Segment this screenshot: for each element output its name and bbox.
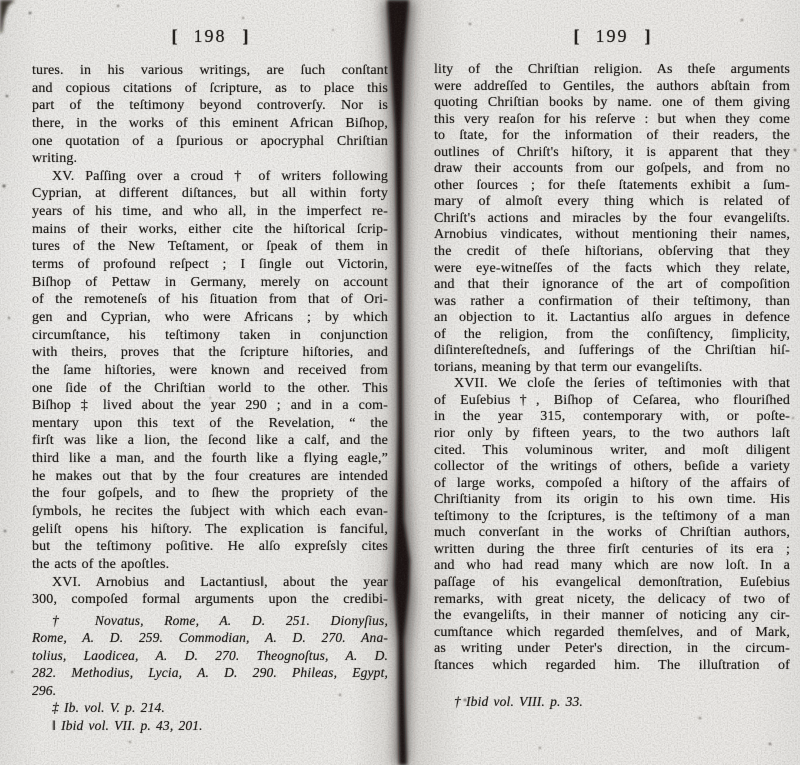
footnotes: † Ibid vol. VIII. p. 33.	[434, 693, 790, 711]
text-line: tolius, Laodicea, A. D. 270. Theognoſtus…	[32, 647, 388, 665]
text-line: Chriſt's actions and miracles by the fou…	[434, 211, 790, 228]
text-line: XVI. Arnobius and Lactantius‖, about the…	[32, 574, 388, 592]
text-line: quoting Chriſtian books by name. one of …	[434, 95, 790, 112]
text-line: rior only by fifteen years, to the two a…	[434, 426, 790, 443]
text-line: 296.	[32, 682, 388, 700]
text-line: with theirs, proves that the ſcripture h…	[32, 344, 388, 362]
page-199: [199] lity of the Chriſtian religion. As…	[434, 0, 790, 711]
text-line: cumſtance which regarded themſelves, and…	[434, 625, 790, 642]
text-line: gen and Cyprian, who were Africans ; by …	[32, 309, 388, 327]
bracket-open: [	[172, 26, 178, 46]
page-header: [199]	[434, 26, 790, 50]
text-line: and copious citations of ſcripture, as t…	[32, 80, 388, 98]
text-line: this very reaſon for his reſerve : but w…	[434, 112, 790, 129]
text-line: the acts of the apoſtles.	[32, 556, 388, 574]
text-line: of large works, compoſed a hiſtory of th…	[434, 476, 790, 493]
text-line: Cyprian, at different diſtances, but all…	[32, 185, 388, 203]
page-body: tures. in his various writings, are ſuch…	[32, 62, 388, 609]
page-198: [198] tures. in his various writings, ar…	[32, 0, 388, 734]
text-line: lity of the Chriſtian religion. As theſe…	[434, 62, 790, 79]
text-line: terms of profound reſpect ; I ſingle out…	[32, 256, 388, 274]
text-line: Rome, A. D. 259. Commodian, A. D. 270. A…	[32, 629, 388, 647]
page-number: 198	[194, 26, 227, 46]
text-line: written during the three firſt centuries…	[434, 542, 790, 559]
text-line: teſtimony to the ſcriptures, is the teſt…	[434, 509, 790, 526]
text-line: as writing under Peter's direction, in t…	[434, 641, 790, 658]
gutter-core	[387, 0, 410, 765]
text-line: one quotation of a ſpurious or apocrypha…	[32, 133, 388, 151]
text-line: and that their ignorance of the art of c…	[434, 277, 790, 294]
text-line: collector of the writings of others, beſ…	[434, 459, 790, 476]
bracket-close: ]	[645, 26, 651, 46]
text-line: draw their accounts from our goſpels, an…	[434, 161, 790, 178]
text-line: much converſant in the works of Chriſtia…	[434, 525, 790, 542]
text-line: torians, meaning by that term our evange…	[434, 360, 790, 377]
bracket-close: ]	[243, 26, 249, 46]
page-number: 199	[596, 26, 629, 46]
text-line: Biſhop ‡ lived about the year 290 ; and …	[32, 397, 388, 415]
text-line: was rather a confirmation of their teſti…	[434, 294, 790, 311]
text-line: 282. Methodius, Lycia, A. D. 290. Philea…	[32, 664, 388, 682]
text-line: diſintereſtedneſs, and ſufferings of the…	[434, 343, 790, 360]
text-line: Biſhop of Pettaw in Germany, merely on a…	[32, 274, 388, 292]
text-line: geliſt opens his hiſtory. The explicatio…	[32, 521, 388, 539]
page-header: [198]	[32, 26, 388, 50]
text-line: were eye-witneſſes of the facts which th…	[434, 261, 790, 278]
text-line: mentary upon this text of the Revelation…	[32, 415, 388, 433]
text-line: ‡ Ib. vol. V. p. 214.	[32, 699, 388, 717]
text-line: third like a man, and the fourth like a …	[32, 450, 388, 468]
text-line: mains of their works, either cite the hi…	[32, 221, 388, 239]
footnotes: † Novatus, Rome, A. D. 251. Dionyſius,Ro…	[32, 612, 388, 735]
text-line: † Ibid vol. VIII. p. 33.	[434, 693, 790, 711]
text-line: and who had read many which are now loſt…	[434, 558, 790, 575]
bracket-open: [	[574, 26, 580, 46]
book-scan: [198] tures. in his various writings, ar…	[0, 0, 800, 765]
text-line: writing.	[32, 150, 388, 168]
text-line: remarks, with great nicety, the delicacy…	[434, 592, 790, 609]
text-line: other ſources ; for theſe ſtatements exh…	[434, 178, 790, 195]
text-line: ‖ Ibid vol. VII. p. 43, 201.	[32, 717, 388, 735]
text-line: an objection to it. Lactantius alſo argu…	[434, 310, 790, 327]
text-line: the evangeliſts, in their manner of noti…	[434, 608, 790, 625]
text-line: part of the teſtimony beyond controverſy…	[32, 97, 388, 115]
text-line: he makes out that by the four creatures …	[32, 468, 388, 486]
text-line: outlines of Chriſt's hiſtory, it is appa…	[434, 145, 790, 162]
text-line: circumſtance, his teſtimony taken in con…	[32, 327, 388, 345]
text-line: were addreſſed to Gentiles, the authors …	[434, 79, 790, 96]
text-line: † Novatus, Rome, A. D. 251. Dionyſius,	[32, 612, 388, 630]
text-line: of the remoteneſs of his ſituation from …	[32, 291, 388, 309]
text-line: to ſtate, for the information of their r…	[434, 128, 790, 145]
corner-mark	[0, 0, 15, 34]
text-line: Chriſtianity from its origin to his own …	[434, 492, 790, 509]
text-line: firſt was like a lion, the ſecond like a…	[32, 432, 388, 450]
text-line: the ſame hiſtories, were known and recei…	[32, 362, 388, 380]
text-line: 300, compoſed formal arguments upon the …	[32, 591, 388, 609]
text-line: but the teſtimony poſitive. He alſo expr…	[32, 538, 388, 556]
text-line: of Euſebius†, Biſhop of Ceſarea, who flo…	[434, 393, 790, 410]
text-line: mary of almoſt every thing which is rela…	[434, 194, 790, 211]
text-line: XVII. We cloſe the ſeries of teſtimonies…	[434, 376, 790, 393]
page-body: lity of the Chriſtian religion. As theſe…	[434, 62, 790, 674]
text-line: there, in the works of this eminent Afri…	[32, 115, 388, 133]
text-line: years of his time, and who all, in the i…	[32, 203, 388, 221]
text-line: the four goſpels, and to ſhew the propri…	[32, 485, 388, 503]
text-line: paſſage of his evangelical demonſtration…	[434, 575, 790, 592]
text-line: ſtances which regarded him. The illuſtra…	[434, 658, 790, 675]
text-line: tures. in his various writings, are ſuch…	[32, 62, 388, 80]
text-line: XV. Paſſing over a croud † of writers fo…	[32, 168, 388, 186]
text-line: one ſide of the Chriſtian world to the o…	[32, 380, 388, 398]
text-line: of the religion, from the conſiſtency, ſ…	[434, 327, 790, 344]
text-line: in the year 315, contemporary with, or p…	[434, 409, 790, 426]
text-line: the credit of theſe hiſtorians, obſervin…	[434, 244, 790, 261]
text-line: Arnobius vindicates, without mentioning …	[434, 227, 790, 244]
text-line: tures of the New Teſtament, or ſpeak of …	[32, 238, 388, 256]
text-line: cited. This voluminous writer, and moſt …	[434, 443, 790, 460]
text-line: ſymbols, he recites the ſubject with whi…	[32, 503, 388, 521]
